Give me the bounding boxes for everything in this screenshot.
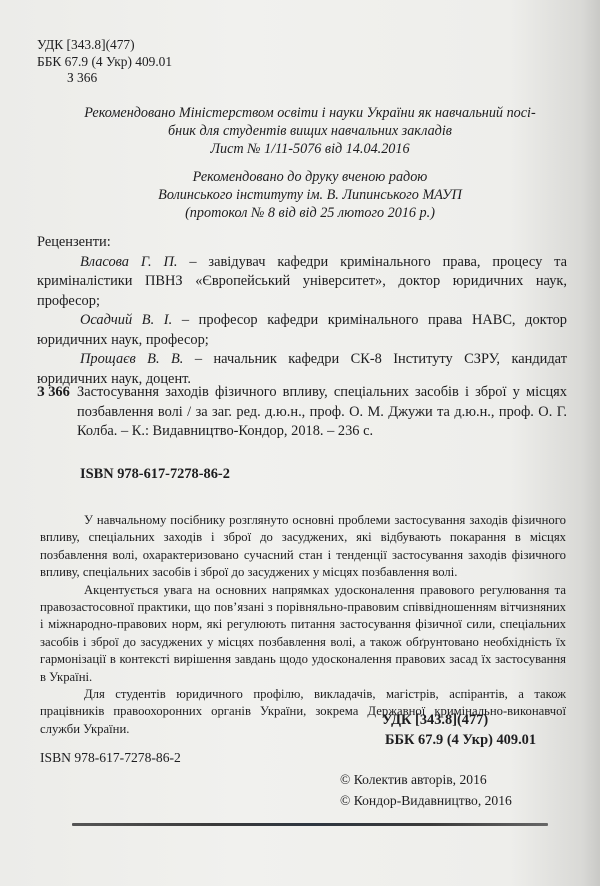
footer-udk-code: УДК [343.8](477) (382, 710, 536, 730)
isbn-bold: ISBN 978-617-7278-86-2 (80, 466, 230, 483)
header-classification-codes: УДК [343.8](477) ББК 67.9 (4 Укр) 409.01… (37, 37, 172, 87)
council-recommendation-line: Рекомендовано до друку вченою радою (40, 168, 580, 186)
ministry-letter-number: Лист № 1/11-5076 від 14.04.2016 (40, 140, 580, 158)
council-recommendation-line: Волинського інституту ім. В. Липинського… (40, 186, 580, 204)
footer-bbk-code: ББК 67.9 (4 Укр) 409.01 (382, 730, 536, 750)
copyright-line: © Колектив авторів, 2016 (340, 769, 512, 790)
copyright-block: © Колектив авторів, 2016 © Кондор-Видавн… (340, 769, 512, 811)
bibliographic-description: Застосування заходів фізичного впливу, с… (77, 383, 567, 442)
author-mark: З 366 (37, 70, 172, 87)
reviewers-heading: Рецензенти: (37, 233, 567, 253)
reviewer-name: Власова Г. П. (80, 254, 177, 270)
council-recommendation: Рекомендовано до друку вченою радою Воли… (40, 168, 580, 222)
bibliographic-entry: З 366 Застосування заходів фізичного впл… (37, 383, 567, 442)
decorative-rule (72, 823, 548, 826)
bbk-code: ББК 67.9 (4 Укр) 409.01 (37, 54, 172, 71)
copyright-line: © Кондор-Видавництво, 2016 (340, 790, 512, 811)
reviewer-entry: Власова Г. П. – завідувач кафедри кримін… (37, 253, 567, 312)
ministry-recommendation-line: Рекомендовано Міністерством освіти і нау… (40, 104, 580, 122)
council-protocol: (протокол № 8 від від 25 лютого 2016 р.) (40, 204, 580, 222)
abstract-paragraph: Акцентується увага на основних напрямках… (40, 582, 566, 686)
udk-code: УДК [343.8](477) (37, 37, 172, 54)
reviewers-section: Рецензенти: Власова Г. П. – завідувач ка… (37, 233, 567, 389)
book-imprint-page: УДК [343.8](477) ББК 67.9 (4 Укр) 409.01… (0, 0, 600, 886)
ministry-recommendation: Рекомендовано Міністерством освіти і нау… (40, 104, 580, 158)
isbn-plain: ISBN 978-617-7278-86-2 (40, 750, 181, 766)
bibliographic-code: З 366 (37, 383, 77, 442)
reviewer-name: Прощаєв В. В. (80, 351, 183, 367)
reviewer-entry: Осадчий В. І. – професор кафедри криміна… (37, 311, 567, 350)
abstract: У навчальному посібнику розглянуто основ… (40, 512, 566, 738)
ministry-recommendation-line: бник для студентів вищих навчальних закл… (40, 122, 580, 140)
abstract-paragraph: У навчальному посібнику розглянуто основ… (40, 512, 566, 582)
footer-classification-codes: УДК [343.8](477) ББК 67.9 (4 Укр) 409.01 (382, 710, 536, 750)
reviewer-name: Осадчий В. І. (80, 312, 172, 328)
